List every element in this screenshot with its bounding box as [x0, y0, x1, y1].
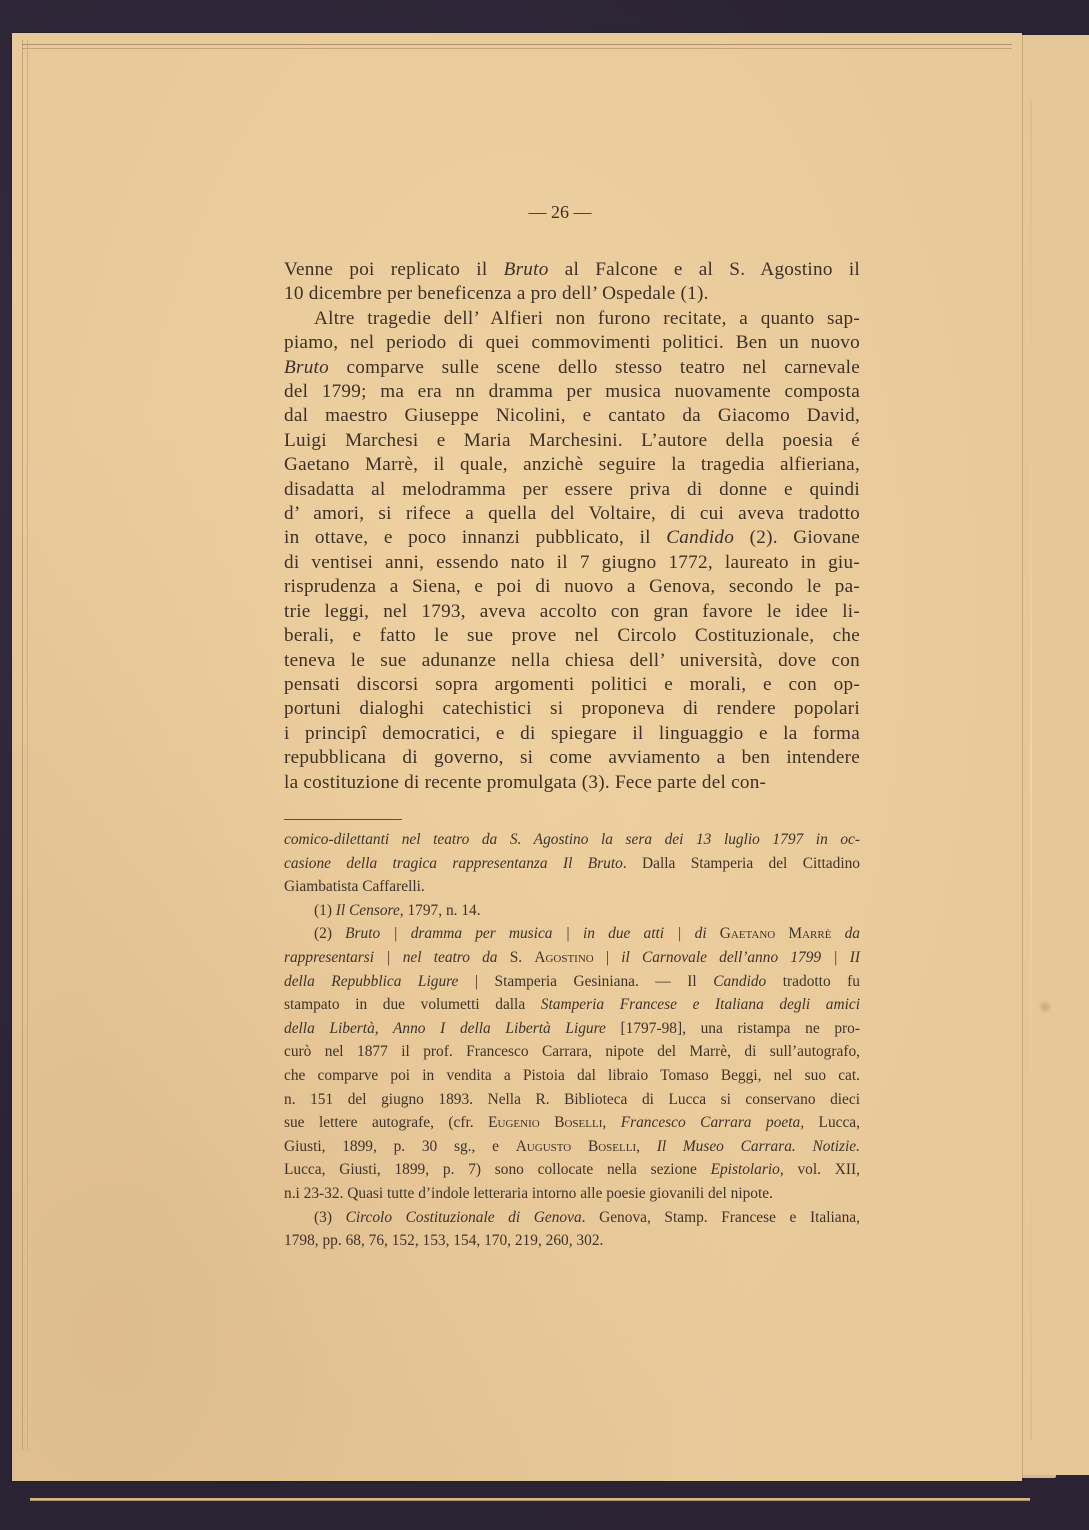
- body-line: disadatta al melodramma per essere priva…: [284, 478, 860, 502]
- small-caps-name: Agostino: [534, 949, 593, 966]
- body-line: del 1799; ma era nn dramma per musica nu…: [284, 380, 860, 404]
- footnote-separator: [284, 819, 402, 820]
- italic-text: casione della tragica rappresentanza Il …: [284, 855, 623, 872]
- page-fold: [1030, 100, 1032, 1440]
- italic-text: Bruto: [504, 259, 549, 280]
- body-line: di ventisei anni, essendo nato il 7 giug…: [284, 551, 860, 575]
- italic-text: Il Censore,: [336, 902, 404, 919]
- body-line: in ottave, e poco innanzi pubblicato, il…: [284, 526, 860, 550]
- body-line: d’ amori, si rifece a quella del Voltair…: [284, 502, 860, 526]
- footnote-line: comico-dilettanti nel teatro da S. Agost…: [284, 828, 860, 852]
- body-line: pensati discorsi sopra argomenti politic…: [284, 673, 860, 697]
- italic-text: Francesco Carrara poeta,: [621, 1114, 804, 1131]
- footnote-line: della Repubblica Ligure | Stamperia Gesi…: [284, 970, 860, 994]
- italic-text: Candido: [713, 973, 766, 990]
- page-number: — 26 —: [515, 202, 605, 223]
- small-caps-name: Augusto Boselli: [516, 1138, 636, 1155]
- italic-text: Circolo Costituzionale di Genova: [346, 1209, 582, 1226]
- footnote-line: (3) Circolo Costituzionale di Genova. Ge…: [284, 1206, 860, 1230]
- italic-text: della Libertà, Anno I della Libertà Ligu…: [284, 1020, 606, 1037]
- footnote-line: n. 151 del giugno 1893. Nella R. Bibliot…: [284, 1088, 860, 1112]
- body-line: Luigi Marchesi e Maria Marchesini. L’aut…: [284, 429, 860, 453]
- footnote-line: rappresentarsi | nel teatro da S. Agosti…: [284, 946, 860, 970]
- italic-text: rappresentarsi | nel teatro da: [284, 949, 498, 966]
- italic-text: Bruto | dramma per musica | in due atti …: [345, 925, 707, 942]
- italic-text: Epistolario,: [711, 1161, 784, 1178]
- italic-text: Il Museo Carrara. Notizie.: [657, 1138, 860, 1155]
- page-left-edge: [22, 40, 28, 1450]
- paper-blemish: [1038, 1000, 1052, 1014]
- body-text: Venne poi replicato il Bruto al Falcone …: [284, 258, 860, 795]
- body-line: portuni dialoghi catechistici si propone…: [284, 697, 860, 721]
- body-line: Bruto comparve sulle scene dello stesso …: [284, 356, 860, 380]
- footnotes: comico-dilettanti nel teatro da S. Agost…: [284, 828, 860, 1253]
- footnote-line: che comparve poi in vendita a Pistoia da…: [284, 1064, 860, 1088]
- body-line: repubblicana di governo, si come avviame…: [284, 746, 860, 770]
- page-top-edge: [22, 44, 1012, 49]
- footnote-line: Giambatista Caffarelli.: [284, 875, 860, 899]
- adjacent-page-edge: [1022, 35, 1089, 1475]
- body-line: trie leggi, nel 1793, aveva accolto con …: [284, 600, 860, 624]
- body-line: Venne poi replicato il Bruto al Falcone …: [284, 258, 860, 282]
- footnote-line: 1798, pp. 68, 76, 152, 153, 154, 170, 21…: [284, 1229, 860, 1253]
- footnote-line: Lucca, Giusti, 1899, p. 7) sono collocat…: [284, 1158, 860, 1182]
- footnote-line: (2) Bruto | dramma per musica | in due a…: [284, 922, 860, 946]
- italic-text: Stamperia Francese e Italiana degli amic…: [541, 996, 860, 1013]
- body-line: teneva le sue adunanze nella chiesa dell…: [284, 649, 860, 673]
- footnote-line: sue lettere autografe, (cfr. Eugenio Bos…: [284, 1111, 860, 1135]
- footnote-line: n.i 23-32. Quasi tutte d’indole letterar…: [284, 1182, 860, 1206]
- body-line: piamo, nel periodo di quei commovimenti …: [284, 331, 860, 355]
- body-line: i principî democratici, e di spiegare il…: [284, 722, 860, 746]
- body-line: Altre tragedie dell’ Alfieri non furono …: [284, 307, 860, 331]
- footnote-line: casione della tragica rappresentanza Il …: [284, 852, 860, 876]
- small-caps-name: Eugenio Boselli: [488, 1114, 602, 1131]
- italic-text: il Carnovale dell’anno 1799 | II: [621, 949, 860, 966]
- body-line: Gaetano Marrè, il quale, anzichè seguire…: [284, 453, 860, 477]
- body-line: 10 dicembre per beneficenza a pro dell’ …: [284, 282, 860, 306]
- italic-text: della Repubblica Ligure: [284, 973, 458, 990]
- footnote-line: (1) Il Censore, 1797, n. 14.: [284, 899, 860, 923]
- footnote-line: stampato in due volumetti dalla Stamperi…: [284, 993, 860, 1017]
- body-line: la costituzione di recente promulgata (3…: [284, 771, 860, 795]
- italic-text: Candido: [666, 527, 734, 548]
- page-bottom-edge: [30, 1498, 1030, 1501]
- italic-text: da: [845, 925, 860, 942]
- footnote-line: Giusti, 1899, p. 30 sg., e Augusto Bosel…: [284, 1135, 860, 1159]
- italic-text: Bruto: [284, 357, 329, 378]
- small-caps-name: Gaetano Marrè: [720, 925, 832, 942]
- footnote-line: curò nel 1877 il prof. Francesco Carrara…: [284, 1040, 860, 1064]
- body-line: risprudenza a Siena, e poi di nuovo a Ge…: [284, 575, 860, 599]
- body-line: dal maestro Giuseppe Nicolini, e cantato…: [284, 404, 860, 428]
- italic-text: comico-dilettanti nel teatro da S. Agost…: [284, 831, 860, 848]
- body-line: berali, e fatto le sue prove nel Circolo…: [284, 624, 860, 648]
- footnote-line: della Libertà, Anno I della Libertà Ligu…: [284, 1017, 860, 1041]
